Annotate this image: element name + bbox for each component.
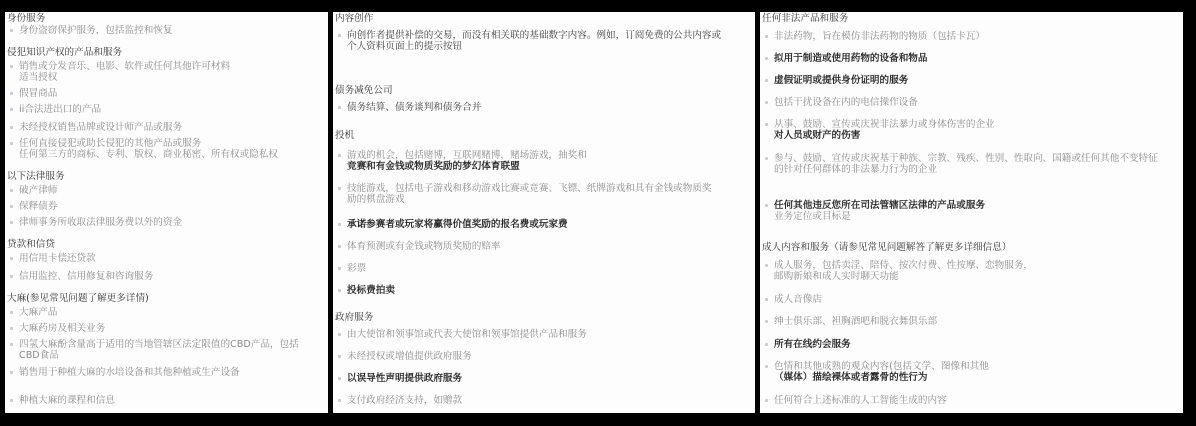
list-item: 包括干扰设备在内的电信操作设备 <box>760 97 1183 108</box>
list-item-text: 游戏的机会，包括赌博，互联网赌博，赌场游戏，抽奖和 <box>347 150 587 161</box>
list-item: 向创作者提供补偿的交易，而没有相关联的基础数字内容。例如，订阅免费的公共内容或个… <box>333 30 755 52</box>
list-item-text: 参与、鼓励、宣传或庆祝基于种族、宗教、残疾、性别、性取向、国籍或任何其他不变特征 <box>774 153 1158 164</box>
bullet-icon <box>10 142 13 145</box>
list-item-continuation: 竞赛和有金钱或物质奖励的梦幻体育联盟 <box>347 161 755 172</box>
bullet-icon <box>765 57 768 60</box>
list-item: 大麻药房及相关业务 <box>5 323 328 334</box>
list-item: 债务结算、债务谈判和债务合并 <box>333 102 755 113</box>
list-item-text: 销售或分发音乐、电影、软件或任何其他许可材料 <box>19 61 230 72</box>
list-item: 绅士俱乐部、袒胸酒吧和脱衣舞俱乐部 <box>760 316 1183 327</box>
list-item: 拟用于制造或使用药物的设备和物品 <box>760 53 1183 64</box>
bullet-icon <box>338 377 341 380</box>
list-item: 用信用卡偿还贷款 <box>5 253 328 264</box>
policy-panel-left: 身份服务身份盗窃保护服务，包括监控和恢复侵犯知识产权的产品和服务销售或分发音乐、… <box>5 12 328 413</box>
list-item-text: 破产律师 <box>19 185 57 196</box>
section-heading: 侵犯知识产权的产品和服务 <box>5 47 328 58</box>
bullet-icon <box>765 298 768 301</box>
list-item-text: 销售用于种植大麻的水培设备和其他种植或生产设备 <box>19 367 240 378</box>
list-item: 信用监控、信用修复和咨询服务 <box>5 271 328 282</box>
bullet-icon <box>765 123 768 126</box>
list-item-text: 大麻产品 <box>19 307 57 318</box>
list-item-text: 债务结算、债务谈判和债务合并 <box>347 102 481 113</box>
list-item: 游戏的机会，包括赌博，互联网赌博，赌场游戏，抽奖和竞赛和有金钱或物质奖励的梦幻体… <box>333 150 755 172</box>
list-item-text: 支付政府经济支持，如赠款 <box>347 395 462 406</box>
list-item: 非法药物，旨在模仿非法药物的物质（包括卡瓦） <box>760 31 1183 42</box>
list-item: 任何符合上述标准的人工智能生成的内容 <box>760 395 1183 406</box>
list-item-text: 承诺参赛者或玩家将赢得价值奖励的报名费或玩家费 <box>347 219 568 230</box>
bullet-icon <box>10 327 13 330</box>
list-item: 所有在线约会服务 <box>760 339 1183 350</box>
list-item-text: 假冒商品 <box>19 88 57 99</box>
section-heading: 政府服务 <box>333 312 755 323</box>
list-item: 参与、鼓励、宣传或庆祝基于种族、宗教、残疾、性别、性取向、国籍或任何其他不变特征… <box>760 153 1183 175</box>
list-item: 律师事务所收取法律服务费以外的资金 <box>5 217 328 228</box>
list-item-text: 包括干扰设备在内的电信操作设备 <box>774 97 918 108</box>
bullet-icon <box>338 106 341 109</box>
list-item: 销售用于种植大麻的水培设备和其他种植或生产设备 <box>5 367 328 378</box>
bullet-icon <box>10 221 13 224</box>
bullet-icon <box>765 35 768 38</box>
list-item-text: 技能游戏，包括电子游戏和移动游戏比赛或竞赛、飞镖、纸牌游戏和具有金钱或物质奖 <box>347 183 712 194</box>
list-item: 保释债券 <box>5 201 328 212</box>
bullet-icon <box>10 29 13 32</box>
list-item: 成人服务，包括卖淫、陪侍、按次付费、性按摩、恋物服务，邮购新娘和成人实时聊天功能 <box>760 260 1183 282</box>
list-item-text: 任何其他违反您所在司法管辖区法律的产品或服务 <box>774 200 985 211</box>
bullet-icon <box>765 320 768 323</box>
list-item-text: 色情和其他成熟的观众内容(包括文学、图像和其他 <box>774 361 989 372</box>
bullet-icon <box>338 223 341 226</box>
list-item: 支付政府经济支持，如赠款 <box>333 395 755 406</box>
list-item-text: 用信用卡偿还贷款 <box>19 253 96 264</box>
bullet-icon <box>10 126 13 129</box>
list-item-continuation: CBD食品 <box>19 350 328 361</box>
bullet-icon <box>10 311 13 314</box>
bullet-icon <box>10 92 13 95</box>
list-item: 体育预测或有金钱或物质奖励的赔率 <box>333 241 755 252</box>
section-heading: 贷款和信贷 <box>5 239 328 250</box>
list-item-text: 四氢大麻酚含量高于适用的当地管辖区法定限值的CBD产品，包括 <box>19 339 299 350</box>
list-item-text: 未经授权或增值提供政府服务 <box>347 351 472 362</box>
bullet-icon <box>765 157 768 160</box>
list-item: 破产律师 <box>5 185 328 196</box>
list-item: 从事、鼓励、宣传或庆祝非法暴力或身体伤害的企业对人员或财产的伤害 <box>760 119 1183 141</box>
list-item: 四氢大麻酚含量高于适用的当地管辖区法定限值的CBD产品，包括CBD食品 <box>5 339 328 361</box>
policy-panel-middle: 内容创作向创作者提供补偿的交易，而没有相关联的基础数字内容。例如，订阅免费的公共… <box>333 12 755 413</box>
bullet-icon <box>338 333 341 336</box>
list-item-text: 彩票 <box>347 263 366 274</box>
section-heading: 内容创作 <box>333 13 755 24</box>
list-item-text: ii合法进出口的产品 <box>19 104 101 115</box>
list-item-text: 保释债券 <box>19 201 57 212</box>
list-item-text: 绅士俱乐部、袒胸酒吧和脱衣舞俱乐部 <box>774 316 937 327</box>
list-item: ii合法进出口的产品 <box>5 104 328 115</box>
bullet-icon <box>10 275 13 278</box>
bullet-icon <box>10 371 13 374</box>
bullet-icon <box>338 187 341 190</box>
list-item-text: 拟用于制造或使用药物的设备和物品 <box>774 53 928 64</box>
list-item: 彩票 <box>333 263 755 274</box>
list-item: 销售或分发音乐、电影、软件或任何其他许可材料适当授权 <box>5 61 328 83</box>
list-item-text: 身份盗窃保护服务，包括监控和恢复 <box>19 25 173 36</box>
list-item-text: 成人服务，包括卖淫、陪侍、按次付费、性按摩、恋物服务， <box>774 260 1033 271</box>
list-item-continuation: 业务定位或目标是 <box>774 211 1183 222</box>
bullet-icon <box>338 154 341 157</box>
list-item-text: 任何符合上述标准的人工智能生成的内容 <box>774 395 947 406</box>
list-item-continuation: 邮购新娘和成人实时聊天功能 <box>774 271 1183 282</box>
section-heading: 投机 <box>333 130 755 141</box>
list-item-text: 向创作者提供补偿的交易，而没有相关联的基础数字内容。例如，订阅免费的公共内容或 <box>347 30 721 41</box>
list-item-continuation: 适当授权 <box>19 72 328 83</box>
list-item: 技能游戏，包括电子游戏和移动游戏比赛或竞赛、飞镖、纸牌游戏和具有金钱或物质奖励的… <box>333 183 755 205</box>
list-item-continuation: 励的棋盘游戏 <box>347 194 755 205</box>
list-item-text: 种植大麻的课程和信息 <box>19 395 115 406</box>
section-heading: 成人内容和服务（请参见常见问题解答了解更多详细信息） <box>760 242 1183 253</box>
policy-panel-right: 任何非法产品和服务非法药物，旨在模仿非法药物的物质（包括卡瓦）拟用于制造或使用药… <box>760 12 1183 413</box>
list-item: 成人音像店 <box>760 294 1183 305</box>
bullet-icon <box>338 267 341 270</box>
bullet-icon <box>10 205 13 208</box>
list-item-continuation: （媒体）描绘裸体或者露骨的性行为 <box>774 372 1183 383</box>
bullet-icon <box>338 289 341 292</box>
bullet-icon <box>765 101 768 104</box>
list-item-text: 律师事务所收取法律服务费以外的资金 <box>19 217 182 228</box>
list-item-text: 信用监控、信用修复和咨询服务 <box>19 271 153 282</box>
bullet-icon <box>765 365 768 368</box>
bullet-icon <box>10 343 13 346</box>
list-item-text: 成人音像店 <box>774 294 822 305</box>
list-item: 假冒商品 <box>5 88 328 99</box>
bullet-icon <box>765 79 768 82</box>
list-item: 身份盗窃保护服务，包括监控和恢复 <box>5 25 328 36</box>
list-item-text: 未经授权销售品牌或设计师产品或服务 <box>19 122 182 133</box>
list-item-continuation: 对人员或财产的伤害 <box>774 130 1183 141</box>
list-item: 虚假证明或提供身份证明的服务 <box>760 75 1183 86</box>
bullet-icon <box>765 343 768 346</box>
list-item: 色情和其他成熟的观众内容(包括文学、图像和其他（媒体）描绘裸体或者露骨的性行为 <box>760 361 1183 383</box>
list-item: 任何其他违反您所在司法管辖区法律的产品或服务业务定位或目标是 <box>760 200 1183 222</box>
bullet-icon <box>10 399 13 402</box>
list-item-text: 体育预测或有金钱或物质奖励的赔率 <box>347 241 501 252</box>
bullet-icon <box>338 399 341 402</box>
bullet-icon <box>10 257 13 260</box>
bullet-icon <box>338 355 341 358</box>
list-item: 未经授权或增值提供政府服务 <box>333 351 755 362</box>
bullet-icon <box>338 34 341 37</box>
list-item-continuation: 个人资料页面上的提示按钮 <box>347 41 755 52</box>
list-item-text: 从事、鼓励、宣传或庆祝非法暴力或身体伤害的企业 <box>774 119 995 130</box>
list-item-continuation: 的针对任何群体的非法暴力行为的企业 <box>774 164 1183 175</box>
list-item-text: 非法药物，旨在模仿非法药物的物质（包括卡瓦） <box>774 31 985 42</box>
list-item-text: 大麻药房及相关业务 <box>19 323 105 334</box>
section-heading: 以下法律服务 <box>5 171 328 182</box>
list-item: 任何直接侵犯或助长侵犯的其他产品或服务任何第三方的商标、专利、版权、商业秘密、所… <box>5 138 328 160</box>
list-item-text: 以误导性声明提供政府服务 <box>347 373 462 384</box>
section-heading: 身份服务 <box>5 13 328 24</box>
bullet-icon <box>10 189 13 192</box>
list-item: 以误导性声明提供政府服务 <box>333 373 755 384</box>
list-item: 大麻产品 <box>5 307 328 318</box>
section-heading: 债务减免公司 <box>333 85 755 96</box>
bullet-icon <box>10 108 13 111</box>
list-item: 承诺参赛者或玩家将赢得价值奖励的报名费或玩家费 <box>333 219 755 230</box>
bullet-icon <box>338 245 341 248</box>
list-item: 由大使馆和领事馆或代表大使馆和领事馆提供产品和服务 <box>333 329 755 340</box>
list-item-text: 投标费拍卖 <box>347 285 395 296</box>
list-item-text: 虚假证明或提供身份证明的服务 <box>774 75 908 86</box>
list-item: 种植大麻的课程和信息 <box>5 395 328 406</box>
list-item: 未经授权销售品牌或设计师产品或服务 <box>5 122 328 133</box>
list-item-continuation: 任何第三方的商标、专利、版权、商业秘密、所有权或隐私权 <box>19 149 328 160</box>
bullet-icon <box>765 264 768 267</box>
list-item-text: 所有在线约会服务 <box>774 339 851 350</box>
list-item-text: 由大使馆和领事馆或代表大使馆和领事馆提供产品和服务 <box>347 329 587 340</box>
section-heading: 任何非法产品和服务 <box>760 13 1183 24</box>
list-item-text: 任何直接侵犯或助长侵犯的其他产品或服务 <box>19 138 201 149</box>
bullet-icon <box>765 204 768 207</box>
list-item: 投标费拍卖 <box>333 285 755 296</box>
bullet-icon <box>765 399 768 402</box>
section-heading: 大麻(参见常见问题了解更多详情) <box>5 293 328 304</box>
bullet-icon <box>10 65 13 68</box>
